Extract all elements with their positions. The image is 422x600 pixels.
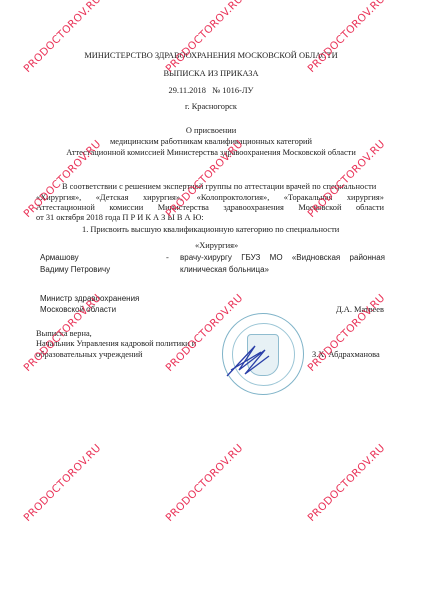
watermark: PRODOCTOROV.RU (164, 442, 246, 524)
body-word: «Колопроктология», (197, 193, 270, 203)
position-word: МО (270, 253, 283, 263)
document-type: ВЫПИСКА ИЗ ПРИКАЗА (0, 69, 422, 79)
person-surname: Армашову (40, 253, 79, 263)
person-position-line-2: клиническая больница» (180, 265, 269, 275)
subject-line-1: О присвоении (0, 126, 422, 136)
watermark: PRODOCTOROV.RU (22, 442, 104, 524)
order-item-1: 1. Присвоить высшую квалификационную кат… (82, 225, 339, 235)
specialty: «Хирургия» (195, 241, 238, 251)
position-word: районная (350, 253, 385, 263)
watermark: PRODOCTOROV.RU (164, 0, 246, 75)
watermark: PRODOCTOROV.RU (22, 0, 104, 75)
position-word: ГБУЗ (241, 253, 260, 263)
body-word: «Детская (96, 193, 129, 203)
order-number: № 1016-ЛУ (212, 86, 253, 95)
body-word: здравоохранения (223, 203, 284, 213)
body-word: хирургия» (347, 193, 384, 203)
city: г. Красногорск (0, 102, 422, 112)
order-date: 29.11.2018 (169, 86, 206, 95)
position-word: «Видновская (292, 253, 340, 263)
body-word: области (356, 203, 384, 213)
subject-line-2: медицинским работникам квалификационных … (0, 137, 422, 147)
order-date-number: 29.11.2018 № 1016-ЛУ (0, 86, 422, 96)
signature-icon (225, 340, 275, 380)
person-position-line-1: врачу-хирургу ГБУЗ МО «Видновская районн… (180, 253, 385, 263)
position-word: врачу-хирургу (180, 253, 232, 263)
person-name: Вадиму Петровичу (40, 265, 110, 275)
body-word: комиссии (109, 203, 143, 213)
body-line-3: Аттестационной комиссии Министерства здр… (36, 203, 384, 213)
watermark: PRODOCTOROV.RU (306, 442, 388, 524)
body-line-4: от 31 октября 2018 года П Р И К А З Ы В … (36, 213, 204, 223)
watermark: PRODOCTOROV.RU (306, 0, 388, 75)
ministry-title: МИНИСТЕРСТВО ЗДРАВООХРАНЕНИЯ МОСКОВСКОЙ … (0, 51, 422, 61)
person-dash: - (166, 253, 169, 263)
